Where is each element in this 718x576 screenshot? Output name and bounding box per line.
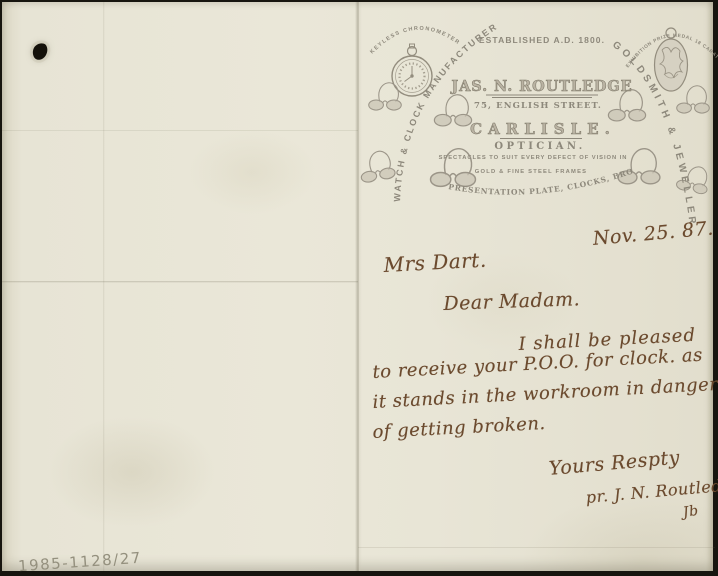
recipient-line: Mrs Dart.: [383, 248, 487, 277]
letterhead-tagline2: GOLD & FINE STEEL FRAMES: [475, 169, 587, 175]
spectacles-icon: [357, 149, 396, 183]
signature-line: pr. J. N. Routledge: [585, 474, 718, 507]
salutation-line: Dear Madam.: [443, 288, 580, 315]
body-line-4: of getting broken.: [372, 413, 546, 443]
letterhead: KEYLESS CHRONOMETER EXHIBITION PRIZE MED…: [340, 2, 718, 252]
signature-flourish: Jb: [682, 503, 700, 521]
left-horizontal-crease-faint: [2, 130, 358, 131]
letterhead-arc-keyless: KEYLESS CHRONOMETER: [369, 26, 461, 56]
letterhead-profession: OPTICIAN.: [494, 141, 585, 152]
letterhead-name: JAS. N. ROUTLEDGE: [449, 78, 632, 95]
letter-paper: KEYLESS CHRONOMETER EXHIBITION PRIZE MED…: [2, 2, 713, 571]
accession-number: 1985-1128/27: [18, 549, 143, 576]
letterhead-established: ESTABLISHED A.D. 1800.: [479, 35, 605, 45]
spectacles-icon: [434, 95, 471, 126]
spectacles-icon: [618, 149, 660, 184]
spectacles-icon: [369, 83, 402, 110]
letterhead-street: 75, ENGLISH STREET.: [474, 101, 602, 111]
spectacles-icon: [677, 86, 710, 113]
left-horizontal-crease: [2, 281, 358, 283]
right-horizontal-crease-faint: [358, 547, 715, 548]
letterhead-tagline1: SPECTACLES TO SUIT EVERY DEFECT OF VISIO…: [439, 155, 628, 161]
closing-line: Yours Respty: [548, 447, 681, 480]
left-vertical-crease: [103, 2, 105, 571]
letterhead-city: CARLISLE.: [470, 120, 616, 138]
paper-hole: [31, 42, 49, 62]
